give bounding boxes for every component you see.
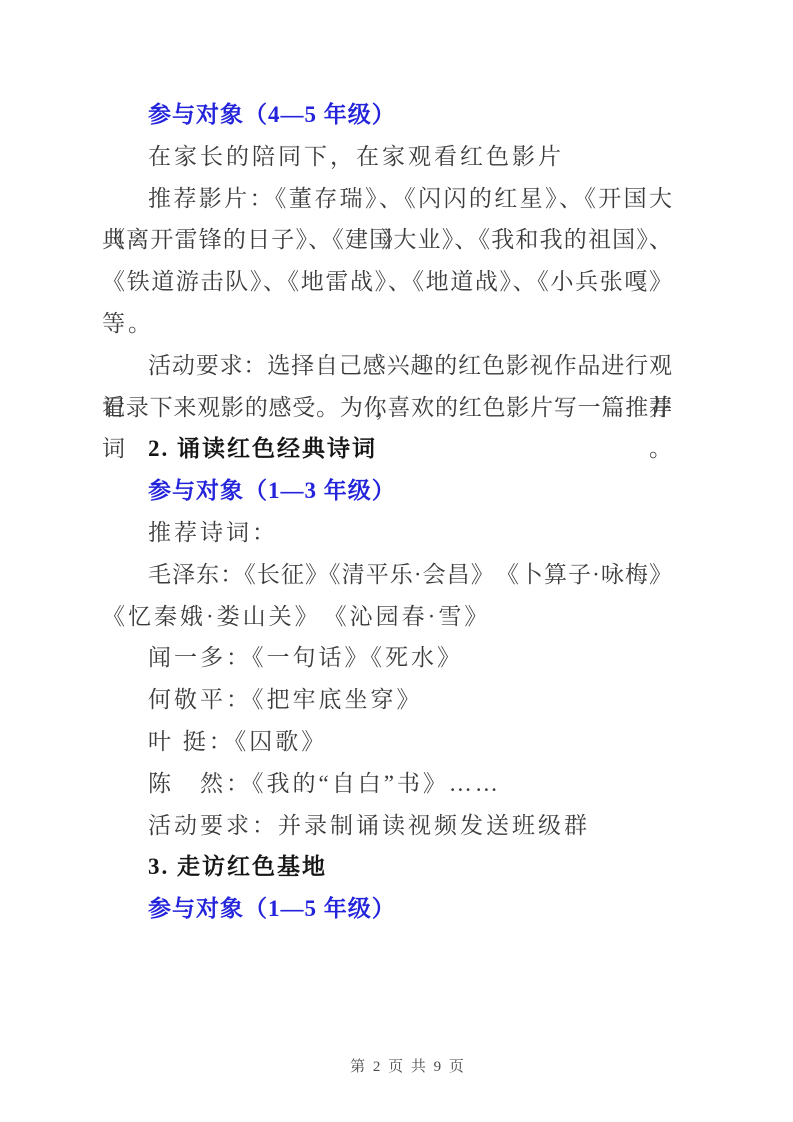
text-line: 在家长的陪同下，在家观看红色影片: [102, 136, 672, 178]
text-line: 陈 然：《我的“自白”书》……: [102, 763, 672, 805]
text-line: 闻一多：《一句话》《死水》: [102, 637, 672, 679]
text-line: 记录下来观影的感受。为你喜欢的红色影片写一篇推荐词。: [102, 387, 672, 429]
text-line: 毛泽东：《长征》《清平乐·会昌》 《卜算子·咏梅》: [102, 554, 672, 596]
text-line: 推荐影片：《董存瑞》、《闪闪的红星》、《开国大典》、: [102, 178, 672, 220]
text-line: 《忆秦娥·娄山关》 《沁园春·雪》: [102, 596, 672, 638]
page-footer: 第 2 页 共 9 页: [0, 1034, 793, 1100]
section-heading: 参与对象（1—3 年级）: [102, 470, 672, 512]
section-heading: 参与对象（4—5 年级）: [102, 94, 672, 136]
section-heading: 参与对象（1—5 年级）: [102, 888, 672, 930]
text-line: 《铁道游击队》、《地雷战》、《地道战》、《小兵张嘎》: [102, 261, 672, 303]
document-body: 参与对象（4—5 年级）在家长的陪同下，在家观看红色影片推荐影片：《董存瑞》、《…: [102, 94, 672, 930]
text-line: 活动要求：并录制诵读视频发送班级群: [102, 805, 672, 847]
text-line: 推荐诗词：: [102, 512, 672, 554]
text-line: 何敬平：《把牢底坐穿》: [102, 679, 672, 721]
text-line: 叶 挺：《囚歌》: [102, 721, 672, 763]
text-line: 等。: [102, 303, 672, 345]
page-number-text: 第 2 页 共 9 页: [350, 1059, 466, 1075]
text-line: 《离开雷锋的日子》、《建国大业》、《我和我的祖国》、: [102, 219, 672, 261]
document-page: 参与对象（4—5 年级）在家长的陪同下，在家观看红色影片推荐影片：《董存瑞》、《…: [0, 0, 793, 1122]
text-line: 活动要求：选择自己感兴趣的红色影视作品进行观看，并: [102, 345, 672, 387]
section-heading: 3. 走访红色基地: [102, 846, 672, 888]
